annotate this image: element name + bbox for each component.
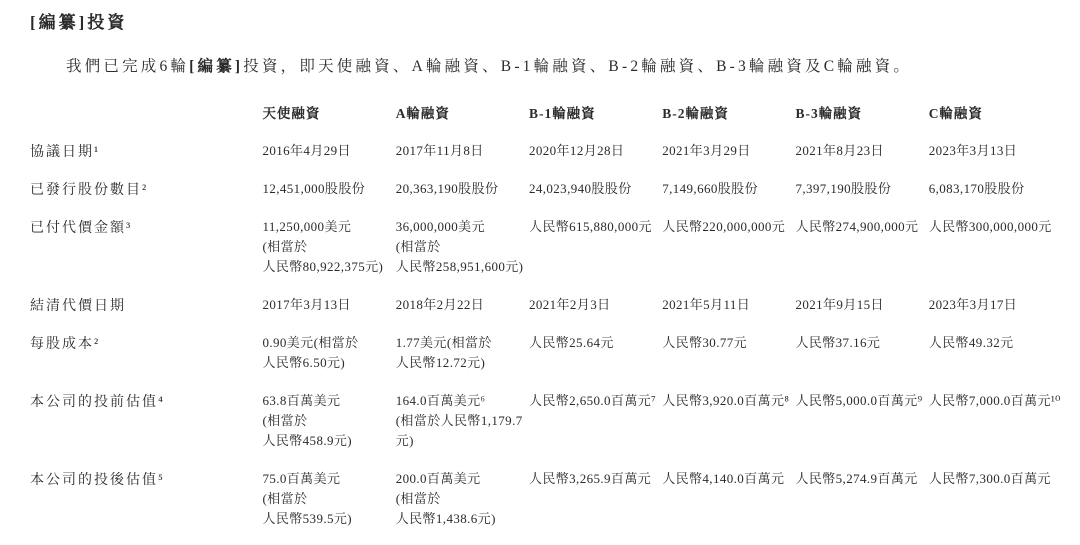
table-cell: 2023年3月17日 xyxy=(929,295,1062,333)
cell-line: 人民幣4,140.0百萬元 xyxy=(662,469,791,489)
cell-line: 2020年12月28日 xyxy=(529,141,658,161)
row-label: 每股成本² xyxy=(30,333,262,391)
table-cell: 0.90美元(相當於人民幣6.50元) xyxy=(262,333,395,391)
column-header: B-3輪融資 xyxy=(795,102,928,141)
cell-line: 2018年2月22日 xyxy=(396,295,525,315)
table-row: 已付代價金額³11,250,000美元(相當於人民幣80,922,375元)36… xyxy=(30,217,1062,295)
row-label: 已發行股份數目² xyxy=(30,179,262,217)
cell-line: 7,397,190股股份 xyxy=(795,179,924,199)
table-cell: 人民幣49.32元 xyxy=(929,333,1062,391)
cell-line: 人民幣5,274.9百萬元 xyxy=(795,469,924,489)
cell-line: (相當於 xyxy=(262,411,391,431)
header-row: 天使融資A輪融資B-1輪融資B-2輪融資B-3輪融資C輪融資 xyxy=(30,102,1062,141)
intro-segment: [編纂] xyxy=(189,58,243,75)
cell-line: 人民幣5,000.0百萬元⁹ xyxy=(795,391,924,411)
column-header: C輪融資 xyxy=(929,102,1062,141)
cell-line: 人民幣615,880,000元 xyxy=(529,217,658,237)
cell-line: 164.0百萬美元⁶ xyxy=(396,391,525,411)
table-cell: 人民幣3,265.9百萬元 xyxy=(529,469,662,545)
table-cell: 2017年3月13日 xyxy=(262,295,395,333)
cell-line: 12,451,000股股份 xyxy=(262,179,391,199)
table-cell: 200.0百萬美元(相當於人民幣1,438.6元) xyxy=(396,469,529,545)
table-cell: 24,023,940股股份 xyxy=(529,179,662,217)
table-cell: 2020年12月28日 xyxy=(529,141,662,179)
prospectus-page: [編纂]投資 我們已完成6輪[編纂]投資，即天使融資、A輪融資、B-1輪融資、B… xyxy=(0,0,1080,545)
row-label: 本公司的投後估值⁵ xyxy=(30,469,262,545)
table-cell: 人民幣4,140.0百萬元 xyxy=(662,469,795,545)
table-body: 協議日期¹2016年4月29日2017年11月8日2020年12月28日2021… xyxy=(30,141,1062,545)
cell-line: 人民幣25.64元 xyxy=(529,333,658,353)
cell-line: 2021年9月15日 xyxy=(795,295,924,315)
column-header: A輪融資 xyxy=(396,102,529,141)
table-cell: 2023年3月13日 xyxy=(929,141,1062,179)
cell-line: (相當於 xyxy=(262,489,391,509)
table-row: 本公司的投前估值⁴63.8百萬美元(相當於人民幣458.9元)164.0百萬美元… xyxy=(30,391,1062,469)
table-row: 結清代價日期2017年3月13日2018年2月22日2021年2月3日2021年… xyxy=(30,295,1062,333)
cell-line: 人民幣274,900,000元 xyxy=(795,217,924,237)
cell-line: 人民幣7,300.0百萬元 xyxy=(929,469,1058,489)
cell-line: 人民幣37.16元 xyxy=(795,333,924,353)
cell-line: 2016年4月29日 xyxy=(262,141,391,161)
table-cell: 2021年9月15日 xyxy=(795,295,928,333)
column-header: 天使融資 xyxy=(262,102,395,141)
cell-line: 人民幣6.50元) xyxy=(262,353,391,373)
table-cell: 人民幣7,300.0百萬元 xyxy=(929,469,1062,545)
table-cell: 6,083,170股股份 xyxy=(929,179,1062,217)
cell-line: (相當於人民幣1,179.7 xyxy=(396,411,525,431)
cell-line: (相當於 xyxy=(262,237,391,257)
table-cell: 人民幣5,274.9百萬元 xyxy=(795,469,928,545)
cell-line: 人民幣7,000.0百萬元¹⁰ xyxy=(929,391,1058,411)
cell-line: 75.0百萬美元 xyxy=(262,469,391,489)
header-spacer xyxy=(30,102,262,141)
cell-line: 7,149,660股股份 xyxy=(662,179,791,199)
table-cell: 人民幣5,000.0百萬元⁹ xyxy=(795,391,928,469)
row-label: 已付代價金額³ xyxy=(30,217,262,295)
cell-line: 2017年3月13日 xyxy=(262,295,391,315)
table-cell: 人民幣615,880,000元 xyxy=(529,217,662,295)
cell-line: 2021年5月11日 xyxy=(662,295,791,315)
table-cell: 75.0百萬美元(相當於人民幣539.5元) xyxy=(262,469,395,545)
table-cell: 人民幣37.16元 xyxy=(795,333,928,391)
row-label: 協議日期¹ xyxy=(30,141,262,179)
cell-line: 1.77美元(相當於 xyxy=(396,333,525,353)
cell-line: 2021年8月23日 xyxy=(795,141,924,161)
table-cell: 人民幣274,900,000元 xyxy=(795,217,928,295)
table-cell: 20,363,190股股份 xyxy=(396,179,529,217)
table-cell: 2018年2月22日 xyxy=(396,295,529,333)
cell-line: 2023年3月17日 xyxy=(929,295,1058,315)
cell-line: (相當於 xyxy=(396,489,525,509)
table-cell: 人民幣7,000.0百萬元¹⁰ xyxy=(929,391,1062,469)
cell-line: 人民幣30.77元 xyxy=(662,333,791,353)
cell-line: 36,000,000美元 xyxy=(396,217,525,237)
financing-rounds-table: 天使融資A輪融資B-1輪融資B-2輪融資B-3輪融資C輪融資 協議日期¹2016… xyxy=(30,102,1062,545)
cell-line: 2021年2月3日 xyxy=(529,295,658,315)
table-cell: 2021年2月3日 xyxy=(529,295,662,333)
section-title: [編纂]投資 xyxy=(30,8,1062,33)
table-cell: 7,397,190股股份 xyxy=(795,179,928,217)
row-label: 結清代價日期 xyxy=(30,295,262,333)
intro-segment: 我們已完成6輪 xyxy=(66,58,189,75)
table-cell: 164.0百萬美元⁶(相當於人民幣1,179.7元) xyxy=(396,391,529,469)
column-header: B-1輪融資 xyxy=(529,102,662,141)
table-cell: 11,250,000美元(相當於人民幣80,922,375元) xyxy=(262,217,395,295)
cell-line: 63.8百萬美元 xyxy=(262,391,391,411)
table-cell: 2017年11月8日 xyxy=(396,141,529,179)
cell-line: 人民幣12.72元) xyxy=(396,353,525,373)
table-row: 協議日期¹2016年4月29日2017年11月8日2020年12月28日2021… xyxy=(30,141,1062,179)
cell-line: 人民幣49.32元 xyxy=(929,333,1058,353)
cell-line: 人民幣3,920.0百萬元⁸ xyxy=(662,391,791,411)
cell-line: 2017年11月8日 xyxy=(396,141,525,161)
intro-paragraph: 我們已完成6輪[編纂]投資，即天使融資、A輪融資、B-1輪融資、B-2輪融資、B… xyxy=(66,57,1062,77)
table-cell: 2021年3月29日 xyxy=(662,141,795,179)
cell-line: 人民幣80,922,375元) xyxy=(262,257,391,277)
cell-line: 人民幣220,000,000元 xyxy=(662,217,791,237)
cell-line: 人民幣2,650.0百萬元⁷ xyxy=(529,391,658,411)
cell-line: 200.0百萬美元 xyxy=(396,469,525,489)
cell-line: (相當於 xyxy=(396,237,525,257)
cell-line: 元) xyxy=(396,431,525,451)
cell-line: 2021年3月29日 xyxy=(662,141,791,161)
cell-line: 20,363,190股股份 xyxy=(396,179,525,199)
table-cell: 人民幣2,650.0百萬元⁷ xyxy=(529,391,662,469)
table-head: 天使融資A輪融資B-1輪融資B-2輪融資B-3輪融資C輪融資 xyxy=(30,102,1062,141)
cell-line: 人民幣258,951,600元) xyxy=(396,257,525,277)
table-cell: 2021年5月11日 xyxy=(662,295,795,333)
row-label: 本公司的投前估值⁴ xyxy=(30,391,262,469)
table-cell: 人民幣3,920.0百萬元⁸ xyxy=(662,391,795,469)
table-cell: 63.8百萬美元(相當於人民幣458.9元) xyxy=(262,391,395,469)
cell-line: 11,250,000美元 xyxy=(262,217,391,237)
cell-line: 人民幣1,438.6元) xyxy=(396,509,525,529)
cell-line: 24,023,940股股份 xyxy=(529,179,658,199)
cell-line: 人民幣3,265.9百萬元 xyxy=(529,469,658,489)
cell-line: 2023年3月13日 xyxy=(929,141,1058,161)
table-cell: 人民幣300,000,000元 xyxy=(929,217,1062,295)
table-cell: 36,000,000美元(相當於人民幣258,951,600元) xyxy=(396,217,529,295)
cell-line: 人民幣458.9元) xyxy=(262,431,391,451)
table-row: 本公司的投後估值⁵75.0百萬美元(相當於人民幣539.5元)200.0百萬美元… xyxy=(30,469,1062,545)
table-cell: 1.77美元(相當於人民幣12.72元) xyxy=(396,333,529,391)
table-cell: 2016年4月29日 xyxy=(262,141,395,179)
intro-segment: 投資，即天使融資、A輪融資、B-1輪融資、B-2輪融資、B-3輪融資及C輪融資。 xyxy=(243,58,912,75)
table-cell: 7,149,660股股份 xyxy=(662,179,795,217)
table-cell: 人民幣25.64元 xyxy=(529,333,662,391)
table-cell: 2021年8月23日 xyxy=(795,141,928,179)
cell-line: 人民幣539.5元) xyxy=(262,509,391,529)
cell-line: 0.90美元(相當於 xyxy=(262,333,391,353)
table-cell: 12,451,000股股份 xyxy=(262,179,395,217)
table-row: 已發行股份數目²12,451,000股股份20,363,190股股份24,023… xyxy=(30,179,1062,217)
column-header: B-2輪融資 xyxy=(662,102,795,141)
table-row: 每股成本²0.90美元(相當於人民幣6.50元)1.77美元(相當於人民幣12.… xyxy=(30,333,1062,391)
table-cell: 人民幣30.77元 xyxy=(662,333,795,391)
cell-line: 人民幣300,000,000元 xyxy=(929,217,1058,237)
table-cell: 人民幣220,000,000元 xyxy=(662,217,795,295)
cell-line: 6,083,170股股份 xyxy=(929,179,1058,199)
